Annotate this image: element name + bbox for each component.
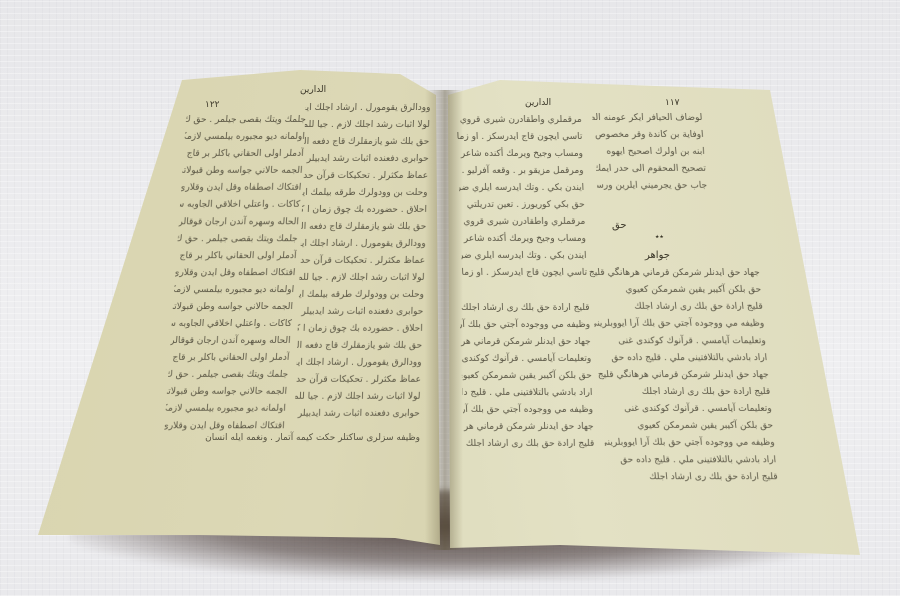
text-line: اقتكاك اصطفاه وقل ايدن وقلارى رحوشي bbox=[175, 265, 296, 282]
right-page-column-2: لوضاف الحيافر ايكر عومنه الضرافل اوفاية … bbox=[592, 110, 708, 200]
text-line: وحلت بن وودولرك طرقه بيلمك ايچين كي bbox=[299, 287, 425, 304]
text-line: ومرقمل مزيقو بر . وقعه آفرليو . يوقرد bbox=[458, 163, 584, 180]
text-line: قليج ارادة حق بلك رى ارشاد اجلك bbox=[592, 299, 763, 316]
text-line: آدملر اولى الحقاني باكلر بر قاج دماغ كوت… bbox=[176, 248, 297, 265]
text-line: ايندن بكي . وتك ايدرسه ايلري ضريلره bbox=[459, 180, 585, 197]
text-line: حق بلك شو يازمقلرك قاج دفعه الحمى bbox=[304, 134, 430, 151]
text-line: الحاله وسهره آندن ارجان قوقالر ايپاق bbox=[178, 214, 299, 231]
text-line: الجمه حالاني جواسه وطن قبولاتمسن ؟ bbox=[166, 384, 287, 401]
text-line: وتعليمات آيامسي . قرآنوك كوكندى غنى bbox=[601, 401, 772, 418]
text-line: اراد بادشي بالتلافتينى ملي . قليج داده ح… bbox=[462, 385, 593, 402]
text-line: جلمك ويتك بقصى جيلمر . حق ك السازادك bbox=[168, 367, 289, 384]
text-line: الجمه حالاني جواسه وطن قبولاتمسن ؟ bbox=[172, 299, 293, 316]
text-line: اراد بادشي بالتلافتينى ملي . قليج داده ح… bbox=[597, 350, 768, 367]
text-line: حق بلكن آكيبر يقين شمرمكن كعيوي bbox=[462, 368, 593, 385]
text-line: قليج ارادة حق بلك رى ارشاد اجلك bbox=[607, 469, 778, 486]
section-word: حق bbox=[612, 220, 627, 231]
text-line: وظيفه مي ووجوده آجتي حق بلك آرا ايووبلري… bbox=[594, 316, 765, 333]
text-line: وظيفه مي ووجوده آجتي حق بلك آرا ايووبلري… bbox=[460, 317, 591, 334]
text-line: اولمانه ديو مجبوره بيلمسي لازمكسيلمه سوك… bbox=[184, 129, 305, 146]
text-line: حوابرى دفعنده اثبات رشد ايدبيلر . مويف bbox=[294, 406, 420, 423]
section-ornament: ٭٭ bbox=[655, 232, 664, 241]
text-line: وحلت بن وودولرك طرقه بيلمك ايچين كي bbox=[302, 185, 428, 202]
text-line: وظيفه مي ووجوده آجتي حق بلك آرا ايووبلري… bbox=[604, 435, 775, 452]
text-line: اولمانه ديو مجبوره بيلمسي لازمكسيلمه سوك… bbox=[173, 282, 294, 299]
text-line: ومساب وجيخ ويرمك أكنده شاعر بر درت bbox=[458, 146, 584, 163]
text-line: وظيفه سزلرى ساكتلر حكت كيمه آتمار . ونغم… bbox=[160, 430, 420, 447]
text-line: حق بلك شو يازمقلرك قاج دفعه الحمى bbox=[301, 219, 427, 236]
text-line: تصحيح المحقوم الى حدر ايمك bbox=[595, 161, 706, 178]
text-line: مرقملري واطقادرن شيرى قروي مسور و تجرم bbox=[457, 112, 583, 129]
text-line: وظيفه مي ووجوده آجتي حق بلك آرا ايووبلري… bbox=[463, 402, 594, 419]
text-line: وودالرق يقومورل . ارشاد اجلك ايچين bbox=[305, 100, 431, 117]
text-line: حوابرى دفعنده اثبات رشد ايدبيلر . مويف bbox=[303, 151, 429, 168]
text-line: اولمانه ديو مجبوره بيلمسي لازمكسيلمه سوك… bbox=[165, 401, 286, 418]
text-line: قليج ارادة حق بلك رى ارشاد اجلك bbox=[599, 384, 770, 401]
text-line: حق بكي كوريورز . تعين تدريلتي bbox=[459, 197, 585, 214]
section-heading: جواهر bbox=[645, 250, 670, 261]
text-line: اوفاية بن كاندة وقر مخصوص ايدراكتين bbox=[593, 127, 704, 144]
right-page-column-1-lower: قليج ارادة حق بلك رى ارشاد اجلك وظيفه مي… bbox=[459, 300, 595, 460]
text-line: وتعليمات آيامسي . قرآنوك كوكندى غنى bbox=[595, 333, 766, 350]
left-page-column-2: وودالرق يقومورل . ارشاد اجلك ايچين لولا … bbox=[294, 100, 431, 430]
text-line: عماظ مكثرلر . تحكيكات قرآن حدن اجول bbox=[296, 372, 422, 389]
text-line: قليج ارادة حق بلك رى ارشاد اجلك bbox=[459, 300, 590, 317]
text-line: وودالرق يقومورل . ارشاد اجلك ايچين bbox=[300, 236, 426, 253]
right-page-number: ١١٧ bbox=[665, 98, 680, 108]
text-line: اقتكاك اصطفاه وقل ايدن وقلارى رحوشي bbox=[181, 180, 302, 197]
text-line: ومساب وجيخ ويرمك أكنده شاعر بر درت bbox=[461, 231, 587, 248]
text-line: جهاد حق ايدنلر شرمكن قرماني هرهانگي قليج bbox=[463, 419, 594, 436]
left-page-column-1: جلمك ويتك بقصى جيلمر . حق ك السازادك اول… bbox=[163, 112, 306, 442]
text-line: احلاق . حضورده بك چوق زمان ا كاتلك bbox=[297, 321, 423, 338]
text-line: مرقملري واطقادرن شيرى قروي مسور و تجرم bbox=[460, 214, 586, 231]
text-line: تاسي ايچون قاج ايدرسكز . او زماندن بري bbox=[457, 129, 583, 146]
text-line: لولا اثبات رشد اجلك لازم . جيا للمحب bbox=[305, 117, 431, 134]
text-line: جلمك ويتك بقصى جيلمر . حق ك السازادك bbox=[177, 231, 298, 248]
text-line: لولا اثبات رشد اجلك لازم . جيا للمحب bbox=[299, 270, 425, 287]
left-page-number: ١٢٢ bbox=[205, 100, 220, 110]
text-line: آدملر اولى الحقاني باكلر بر قاج دماغ كوت… bbox=[183, 146, 304, 163]
text-line: آدملر اولى الحقاني باكلر بر قاج دماغ كوت… bbox=[169, 350, 290, 367]
text-line: ابنه بن اولرك اصحيح ايهوه bbox=[594, 144, 705, 161]
text-line: لوضاف الحيافر ايكر عومنه الضرافل bbox=[592, 110, 703, 127]
left-page-bottom-line: وظيفه سزلرى ساكتلر حكت كيمه آتمار . ونغم… bbox=[160, 430, 420, 450]
right-page-column-2-lower: جهاد حق ايدنلر شرمكن قرماني هرهانگي قليج… bbox=[589, 265, 781, 515]
left-running-head: الدارين bbox=[300, 85, 326, 95]
text-line: وودالرق يقومورل . ارشاد اجلك ايچين bbox=[296, 355, 422, 372]
text-line: احلاق . حضورده بك چوق زمان ا كاتلك bbox=[302, 202, 428, 219]
text-line: حق بلكن آكيبر يقين شمرمكن كعيوي bbox=[591, 282, 762, 299]
text-line: لولا اثبات رشد اجلك لازم . جيا للمحب bbox=[295, 389, 421, 406]
right-running-head: الدارين bbox=[525, 98, 551, 108]
right-page-column-1: مرقملري واطقادرن شيرى قروي مسور و تجرم ت… bbox=[457, 112, 589, 312]
text-line: حوابرى دفعنده اثبات رشد ايدبيلر . مويف bbox=[298, 304, 424, 321]
text-line: حق بلك شو يازمقلرك قاج دفعه الحمى bbox=[297, 338, 423, 355]
text-line: تاسي ايچون قاج ايدرسكز . او زماندن بري bbox=[462, 265, 588, 282]
text-line: جاب حق يجرميني ايلرين ورسالنه bbox=[597, 178, 708, 195]
text-line: كاكات . واعتلي اخلاقي الجاوبه سز ايچون bbox=[171, 316, 292, 333]
text-line: الحاله وسهره آندن ارجان قوقالر ايپاق bbox=[170, 333, 291, 350]
text-line: جهاد حق ايدنلر شرمكن قرماني هرهانگي قليج bbox=[460, 334, 591, 351]
text-line: حق بلكن آكيبر يقين شمرمكن كعيوي bbox=[602, 418, 773, 435]
text-line: جهاد حق ايدنلر شرمكن قرماني هرهانگي قليج bbox=[589, 265, 760, 282]
text-line: عماظ مكثرلر . تحكيكات قرآن حدن اجول bbox=[303, 168, 429, 185]
text-line: عماظ مكثرلر . تحكيكات قرآن حدن اجول bbox=[300, 253, 426, 270]
text-line: جلمك ويتك بقصى جيلمر . حق ك السازادك bbox=[185, 112, 306, 129]
text-line: قليج ارادة حق بلك رى ارشاد اجلك bbox=[464, 436, 595, 453]
text-line: اراد بادشي بالتلافتينى ملي . قليج داده ح… bbox=[605, 452, 776, 469]
text-line: جهاد حق ايدنلر شرمكن قرماني هرهانگي قليج bbox=[598, 367, 769, 384]
text-line: الجمه حالاني جواسه وطن قبولاتمسن ؟ bbox=[182, 163, 303, 180]
text-line: كاكات . واعتلي اخلاقي الجاوبه سز ايچون bbox=[179, 197, 300, 214]
text-line: ايندن بكي . وتك ايدرسه ايلري ضريلره bbox=[461, 248, 587, 265]
text-line: وتعليمات آيامسي . قرآنوك كوكندى غنى bbox=[461, 351, 592, 368]
